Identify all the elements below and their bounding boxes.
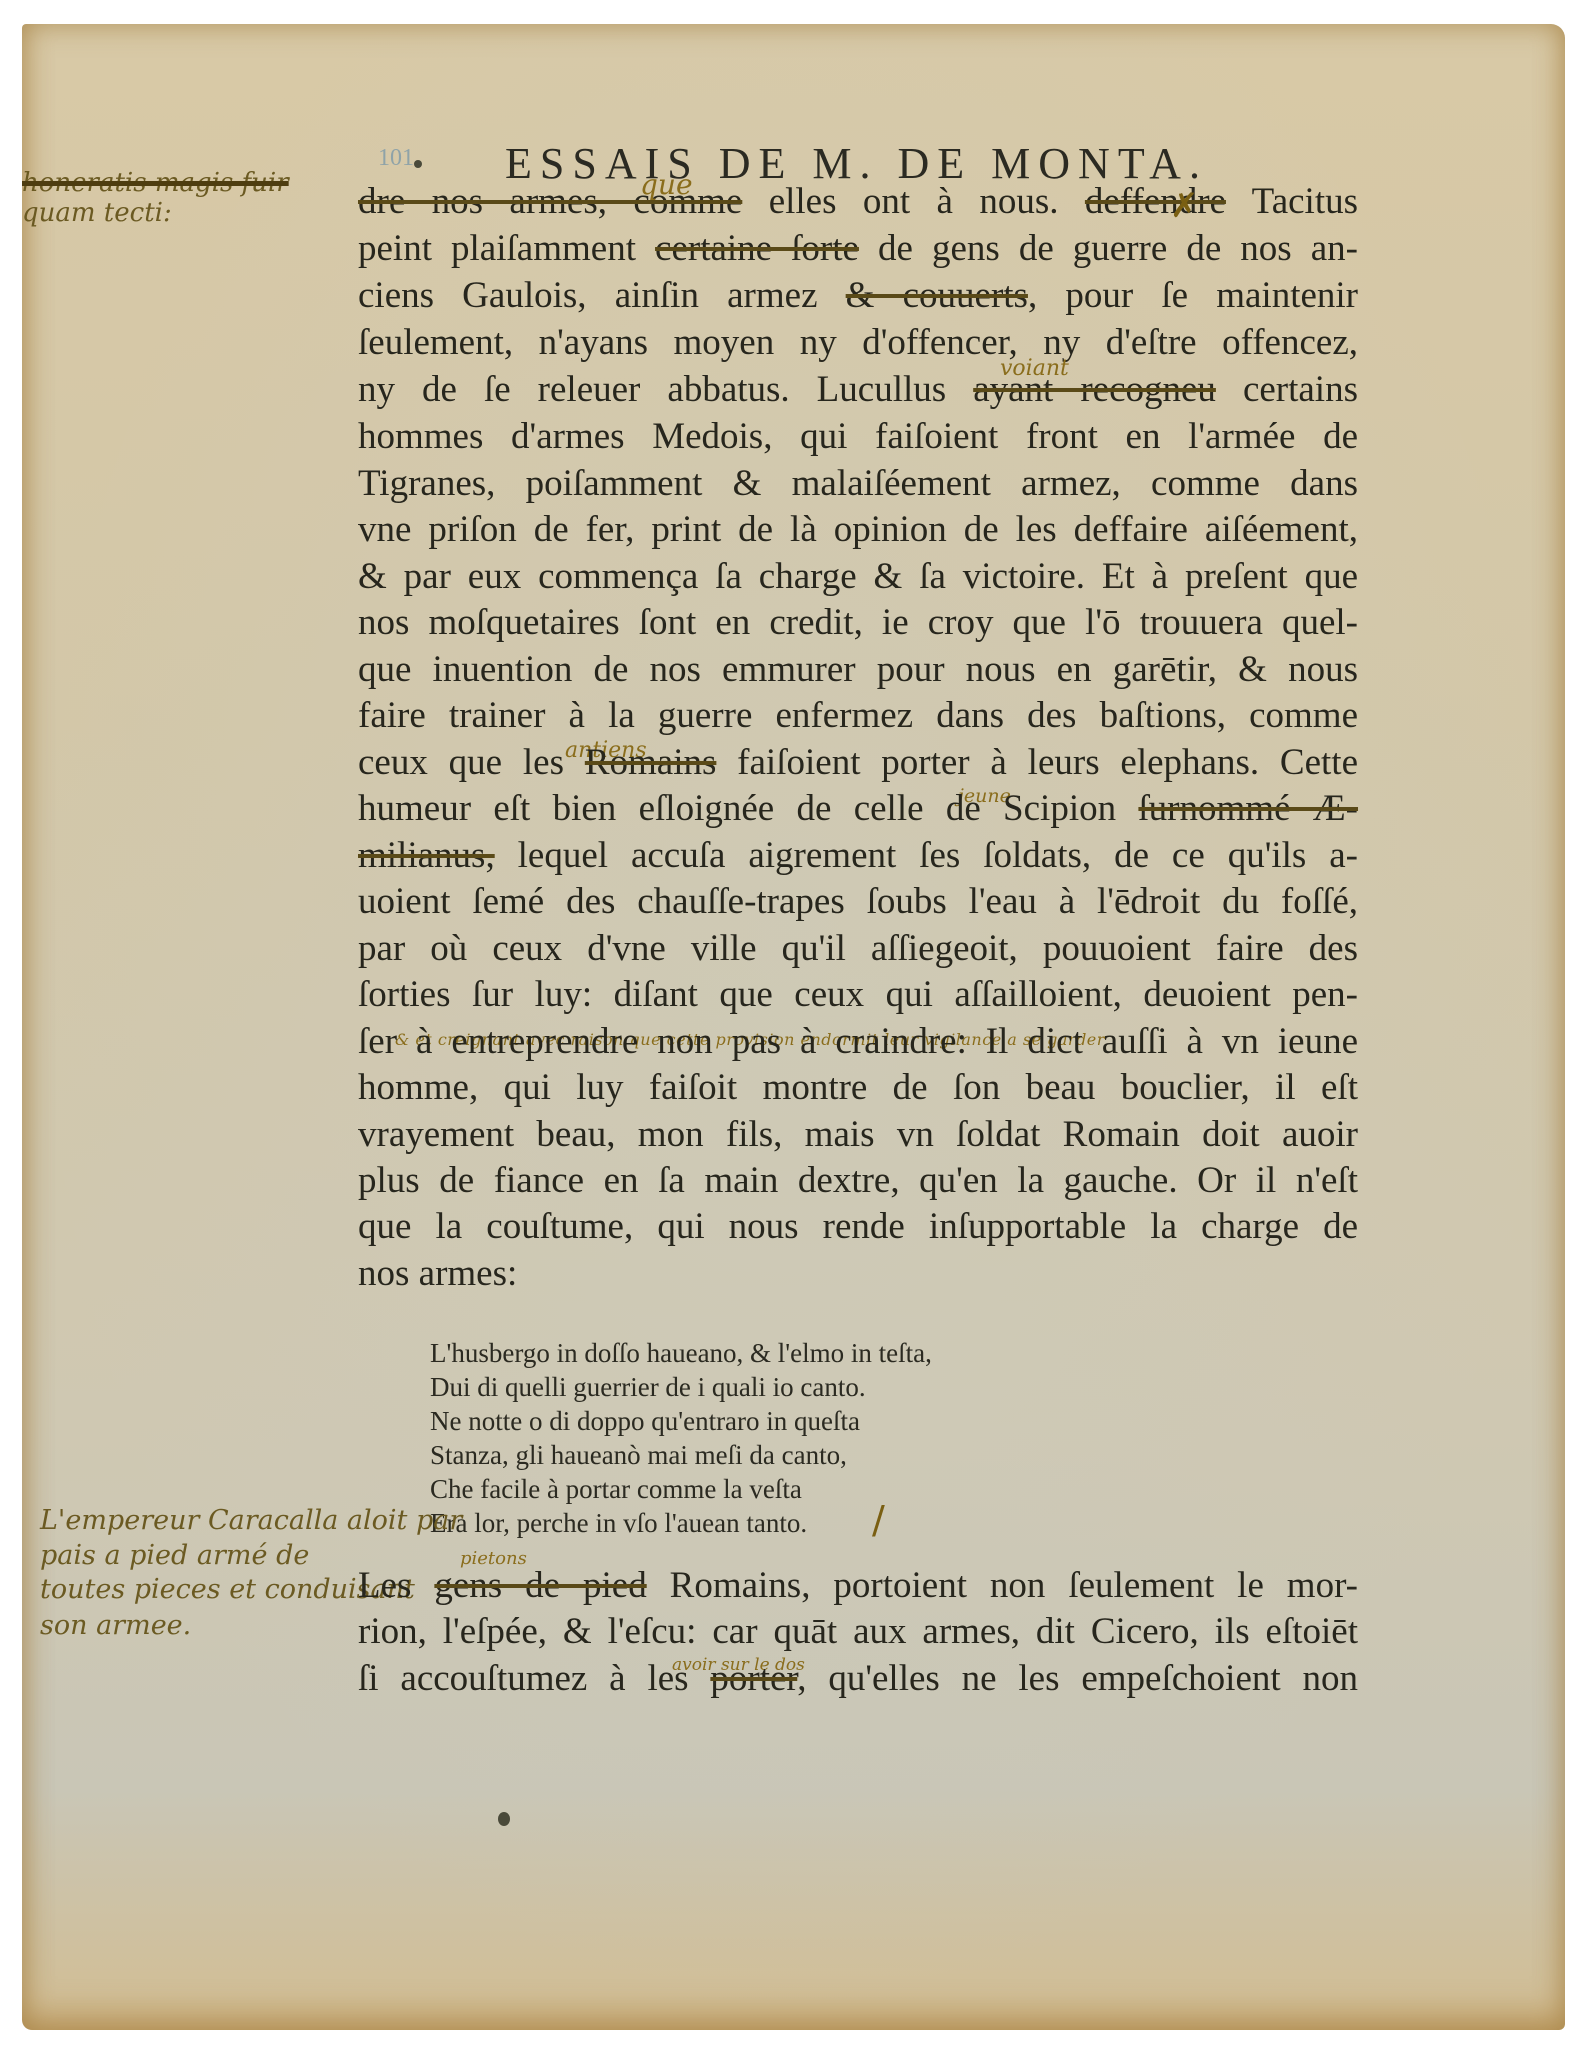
text-line-1: dre nos armes, comme elles ont à nous. d…	[358, 180, 1358, 224]
text-line-22: plus de fiance en ſa main dextre, qu'en …	[358, 1159, 1358, 1203]
text-line-17: par où ceux d'vne ville qu'il aſſiegeoit…	[358, 927, 1358, 971]
margin-note-top-1: honeratis magis fuir	[22, 168, 289, 198]
margin-note-bottom-4: son armee.	[40, 1610, 191, 1641]
ink-spot	[498, 1812, 510, 1826]
closing-line-2: rion, l'eſpée, & l'eſcu: car quāt aux ar…	[358, 1610, 1358, 1654]
ink-dot	[414, 160, 422, 168]
verse-line-1: L'husbergo in doſſo haueano, & l'elmo in…	[430, 1336, 932, 1370]
text-line-10: nos moſquetaires ſont en credit, ie croy…	[358, 601, 1358, 645]
text-line-20: homme, qui luy faiſoit montre de ſon bea…	[358, 1066, 1358, 1110]
caret-x-mark: ✗	[1170, 186, 1199, 226]
text-line-2: peint plaiſamment certaine ſorte de gens…	[358, 227, 1358, 271]
text-line-16: uoient ſemé des chauſſe-trapes ſoubs l'e…	[358, 880, 1358, 924]
text-line-4: ſeulement, n'ayans moyen ny d'offencer, …	[358, 321, 1358, 365]
margin-note-top-2: quam tecti:	[22, 198, 172, 228]
margin-note-bottom-2: pais a pied armé de	[40, 1540, 309, 1571]
text-line-8: vne priſon de fer, print de là opinion d…	[358, 508, 1358, 552]
verse-line-6: Era lor, perche in vſo l'auean tanto.	[430, 1506, 807, 1540]
verse-line-4: Stanza, gli haueanò mai meſi da canto,	[430, 1438, 847, 1472]
text-line-9: & par eux commença ſa charge & ſa victoi…	[358, 555, 1358, 599]
text-line-7: Tigranes, poiſamment & malaiſéement arme…	[358, 462, 1358, 506]
text-line-15: milianus, lequel accuſa aigrement ſes ſo…	[358, 834, 1358, 878]
verse-line-3: Ne notte o di doppo qu'entraro in queſta	[430, 1404, 860, 1438]
text-line-14: humeur eſt bien eſloignée de celle de Sc…	[358, 787, 1358, 831]
insertion-que: que	[640, 168, 693, 201]
text-line-21: vrayement beau, mon fils, mais vn ſoldat…	[358, 1113, 1358, 1157]
margin-note-bottom-1: L'empereur Caracalla aloit par	[40, 1505, 462, 1536]
insertion-mark: /	[872, 1498, 885, 1542]
text-line-19: ſer à entreprendre non pas à craindre: I…	[358, 1020, 1358, 1064]
text-line-5: ny de ſe releuer abbatus. Lucullus ayant…	[358, 368, 1358, 412]
text-line-23: que la couſtume, qui nous rende inſuppor…	[358, 1205, 1358, 1249]
text-line-24: nos armes:	[358, 1252, 1358, 1296]
page-stamp: 101	[378, 145, 414, 172]
text-line-12: faire trainer à la guerre enfermez dans …	[358, 694, 1358, 738]
verse-line-2: Dui di quelli guerrier de i quali io can…	[430, 1370, 866, 1404]
text-line-18: ſorties ſur luy: diſant que ceux qui aſſ…	[358, 973, 1358, 1017]
closing-line-1: Les gens de pied Romains, portoient non …	[358, 1564, 1358, 1608]
verse-line-5: Che facile à portar comme la veſta	[430, 1472, 802, 1506]
text-line-3: ciens Gaulois, ainſin armez & couuerts, …	[358, 274, 1358, 318]
text-line-11: que inuention de nos emmurer pour nous e…	[358, 648, 1358, 692]
closing-line-3: ſi accouſtumez à les porter, qu'elles ne…	[358, 1657, 1358, 1701]
text-line-13: ceux que les Romains faiſoient porter à …	[358, 741, 1358, 785]
text-line-6: hommes d'armes Medois, qui faiſoient fro…	[358, 415, 1358, 459]
